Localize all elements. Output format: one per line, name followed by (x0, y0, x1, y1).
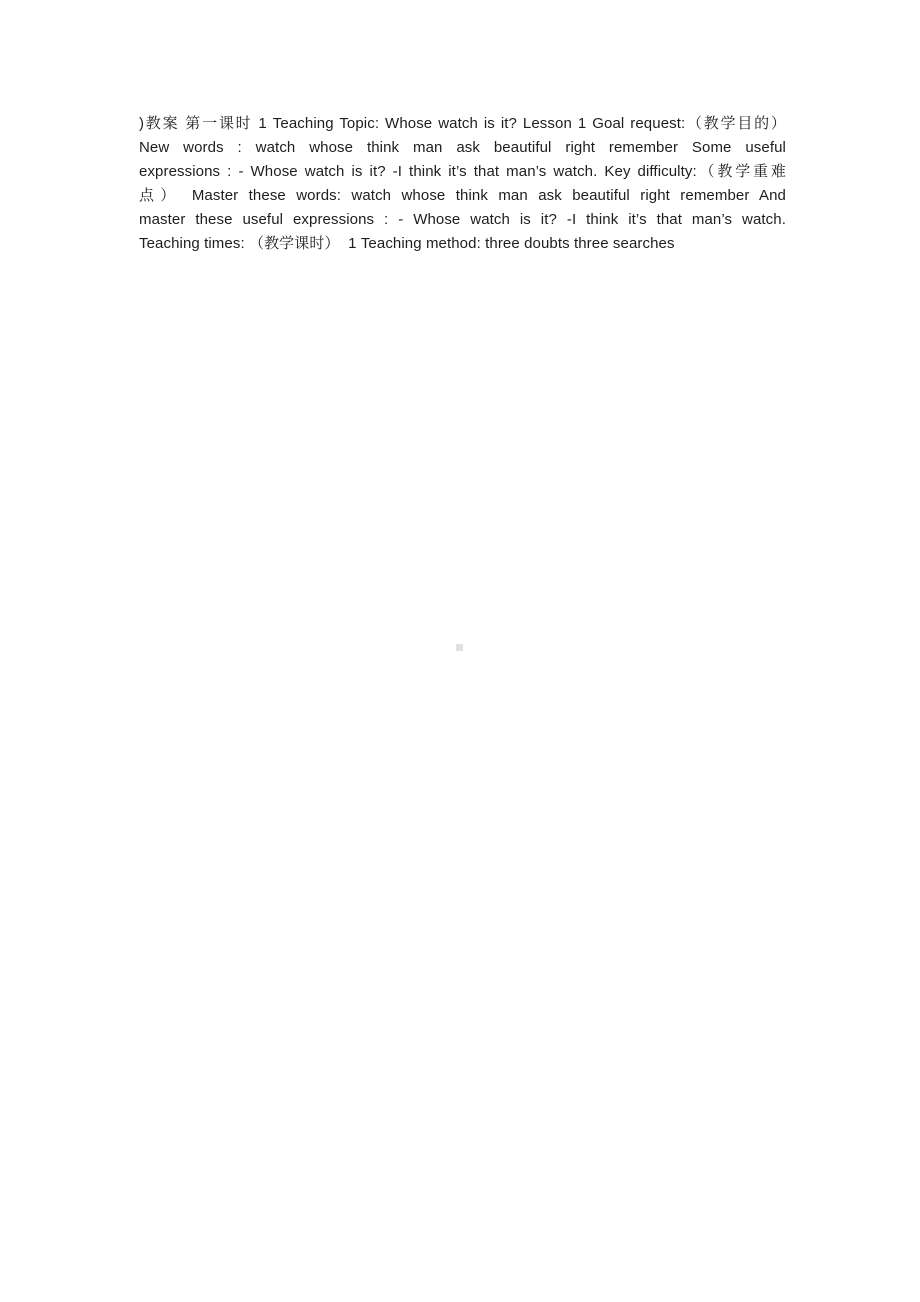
paragraph-line-1: )教案 第一课时 1 Teaching Topic: Whose watch i… (139, 112, 786, 136)
lesson-plan-paragraph: )教案 第一课时 1 Teaching Topic: Whose watch i… (139, 112, 786, 256)
image-placeholder (456, 644, 463, 651)
paragraph-line-4: 点） Master these words: watch whose think… (139, 184, 786, 208)
document-page: )教案 第一课时 1 Teaching Topic: Whose watch i… (0, 0, 920, 1302)
paragraph-line-3: expressions : - Whose watch is it? -I th… (139, 160, 786, 184)
paragraph-line-5: master these useful expressions : - Whos… (139, 208, 786, 232)
paragraph-line-2: New words : watch whose think man ask be… (139, 136, 786, 160)
paragraph-line-6: Teaching times: （教学课时） 1 Teaching method… (139, 232, 786, 256)
